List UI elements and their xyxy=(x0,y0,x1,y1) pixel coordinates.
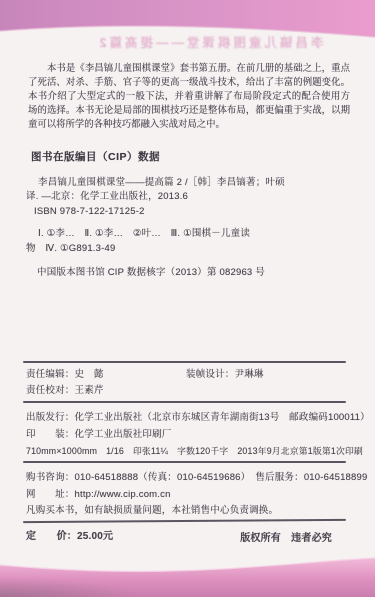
cip-isbn: ISBN 978-7-122-17125-2 xyxy=(34,205,145,219)
exchange-notice: 凡购买本书，如有缺损质量问题，本社销售中心负责调换。 xyxy=(26,504,278,518)
editor-credit: 责任编辑：史 懿 xyxy=(26,368,104,382)
intro-line: 场的选择。本书无论是局部的围棋技巧还是整体布局，都更偏重于实战，以期使儿 xyxy=(28,103,350,117)
publisher-line: 出版发行：化学工业出版社（北京市东城区青年湖南街13号 邮政编码100011） xyxy=(26,411,370,425)
price-label: 定 价：25.00元 xyxy=(26,530,113,544)
divider xyxy=(23,361,346,363)
print-spec-line: 710mm×1000mm 1/16 印张11¼ 字数120千字 2013年9月北… xyxy=(26,444,363,458)
purchase-hotline: 购书咨询：010-64518888（传真：010-64519686） 售后服务：… xyxy=(26,471,368,485)
cip-registry: 中国版本图书馆 CIP 数据核字（2013）第 082963 号 xyxy=(37,266,265,280)
intro-line: 童可以将所学的各种技巧都融入实战对局之中。 xyxy=(28,117,350,131)
intro-line: 了死活、对杀、手筋、官子等的更高一级战斗技术，给出了丰富的例题变化。同时， xyxy=(28,75,350,89)
divider xyxy=(23,401,346,403)
cip-entry-line1: 李昌镐儿童围棋课堂——提高篇 2 /［韩］李昌镐著；叶硕 xyxy=(38,176,285,190)
showthrough-title: 李昌镐儿童围棋课堂——提高篇2 xyxy=(55,33,365,51)
copyright-notice: 版权所有 违者必究 xyxy=(240,532,332,546)
intro-line: 本书介绍了大型定式的一般下法，并着重讲解了布局阶段定式的配合使用方法、大 xyxy=(28,89,350,103)
bottom-cover-edge xyxy=(0,552,375,597)
cip-entry-line2: 译. —北京：化学工业出版社，2013.6 xyxy=(26,190,188,204)
intro-line: 本书是《李昌镐儿童围棋课堂》套书第五册。在前几册的基础之上，重点讲解 xyxy=(28,61,350,75)
book-copyright-page: 李昌镐儿童围棋课堂——提高篇2 本书是《李昌镐儿童围棋课堂》套书第五册。在前几册… xyxy=(0,0,375,597)
cip-heading: 图书在版编目（CIP）数据 xyxy=(31,149,160,164)
website-line: 网 址：http://www.cip.com.cn xyxy=(26,488,171,502)
design-credit: 装帧设计：尹琳琳 xyxy=(186,368,264,382)
cip-class-line2: 物 Ⅳ. ①G891.3-49 xyxy=(26,242,115,256)
proofreader-credit: 责任校对：王素芹 xyxy=(26,384,104,398)
intro-paragraph: 本书是《李昌镐儿童围棋课堂》套书第五册。在前几册的基础之上，重点讲解 了死活、对… xyxy=(28,61,350,131)
cip-class-line1: Ⅰ. ①李… Ⅱ. ①李… ②叶… Ⅲ. ①围棋－儿童读 xyxy=(38,227,250,241)
printer-line: 印 装：化学工业出版社印刷厂 xyxy=(26,428,172,442)
divider xyxy=(23,461,346,463)
divider xyxy=(23,519,346,523)
